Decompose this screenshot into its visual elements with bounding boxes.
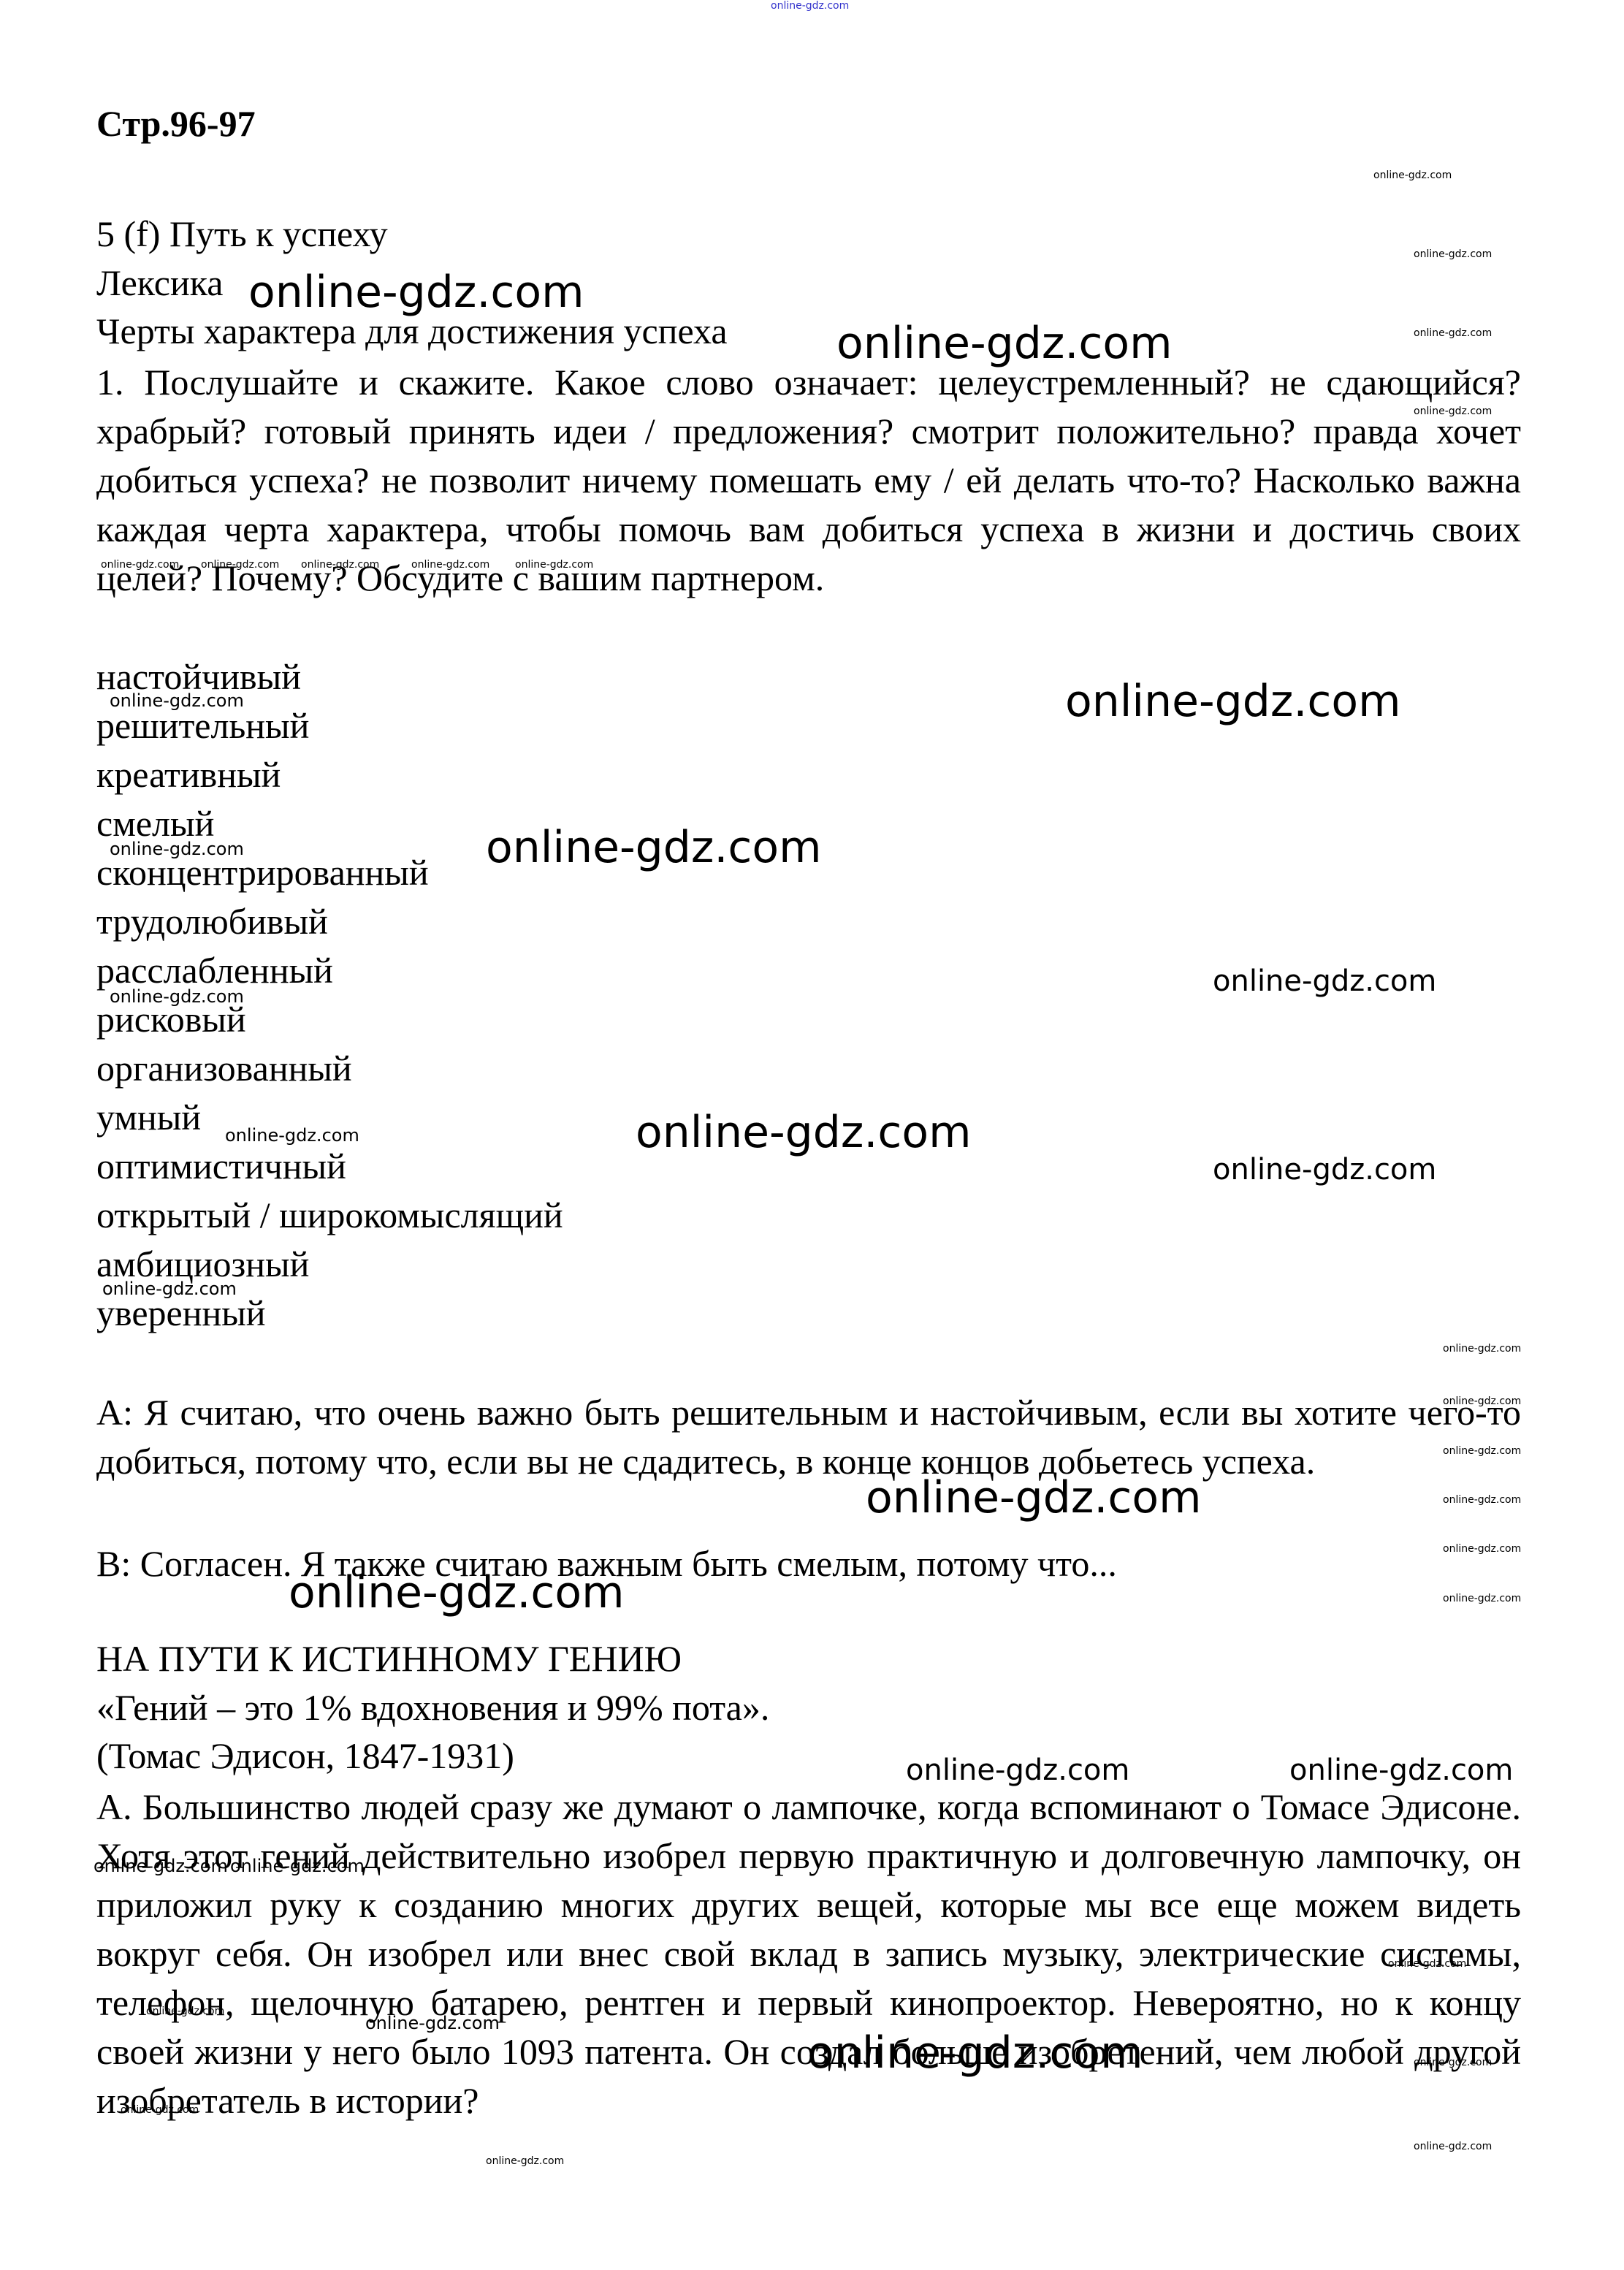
watermark: online-gdz.com xyxy=(110,839,244,859)
watermark: online-gdz.com xyxy=(110,986,244,1007)
watermark: online-gdz.com xyxy=(1414,2141,1492,2152)
watermark: online-gdz.com xyxy=(1443,1395,1521,1407)
watermark: online-gdz.com xyxy=(1443,1543,1521,1555)
watermark: online-gdz.com xyxy=(807,2027,1143,2079)
watermark: online-gdz.com xyxy=(1443,1494,1521,1506)
watermark: online-gdz.com xyxy=(110,690,244,711)
watermark: online-gdz.com xyxy=(771,0,849,12)
watermark: online-gdz.com xyxy=(1373,170,1452,181)
watermark: online-gdz.com xyxy=(1213,964,1436,998)
watermark: online-gdz.com xyxy=(225,1125,359,1146)
watermark: online-gdz.com xyxy=(411,559,489,571)
article-quote-author: (Томас Эдисон, 1847-1931) xyxy=(96,1737,514,1774)
watermark: online-gdz.com xyxy=(1213,1153,1436,1187)
watermark: online-gdz.com xyxy=(866,1472,1202,1523)
watermark: online-gdz.com xyxy=(230,1856,365,1876)
section-heading: 5 (f) Путь к успеху xyxy=(96,216,388,252)
watermark: online-gdz.com xyxy=(515,559,593,571)
watermark: online-gdz.com xyxy=(1414,248,1492,260)
watermark: online-gdz.com xyxy=(486,2155,564,2167)
section-subheading: Лексика xyxy=(96,264,224,301)
watermark: online-gdz.com xyxy=(1443,1593,1521,1604)
watermark: online-gdz.com xyxy=(101,559,179,571)
article-title: НА ПУТИ К ИСТИННОМУ ГЕНИЮ xyxy=(96,1640,682,1677)
watermark: online-gdz.com xyxy=(201,559,279,571)
watermark: online-gdz.com xyxy=(836,318,1173,369)
watermark: online-gdz.com xyxy=(486,822,822,873)
list-item: трудолюбивый xyxy=(96,897,563,946)
watermark: online-gdz.com xyxy=(636,1107,972,1158)
watermark: online-gdz.com xyxy=(1289,1753,1513,1787)
watermark: online-gdz.com xyxy=(1443,1445,1521,1457)
watermark: online-gdz.com xyxy=(1065,676,1401,727)
article-quote: «Гений – это 1% вдохновения и 99% пота». xyxy=(96,1689,769,1726)
watermark: online-gdz.com xyxy=(289,1567,625,1618)
watermark: online-gdz.com xyxy=(94,1856,228,1876)
watermark: online-gdz.com xyxy=(1388,1958,1466,1970)
watermark: online-gdz.com xyxy=(102,1279,237,1299)
watermark: online-gdz.com xyxy=(1414,327,1492,339)
watermark: online-gdz.com xyxy=(121,2104,199,2116)
watermark: online-gdz.com xyxy=(301,559,379,571)
watermark: online-gdz.com xyxy=(146,2006,224,2017)
watermark: online-gdz.com xyxy=(248,267,584,318)
list-item: открытый / широкомыслящий xyxy=(96,1191,563,1240)
watermark: online-gdz.com xyxy=(1414,2057,1492,2068)
list-item: организованный xyxy=(96,1044,563,1093)
watermark: online-gdz.com xyxy=(906,1753,1129,1787)
dialogue-a: А: Я считаю, что очень важно быть решите… xyxy=(96,1388,1521,1486)
watermark: online-gdz.com xyxy=(1414,405,1492,417)
watermark: online-gdz.com xyxy=(365,2013,500,2033)
section-topic: Черты характера для достижения успеха xyxy=(96,313,728,349)
page-title: Стр.96-97 xyxy=(96,102,256,145)
watermark: online-gdz.com xyxy=(1443,1343,1521,1355)
list-item: креативный xyxy=(96,750,563,799)
list-item: оптимистичный xyxy=(96,1142,563,1191)
